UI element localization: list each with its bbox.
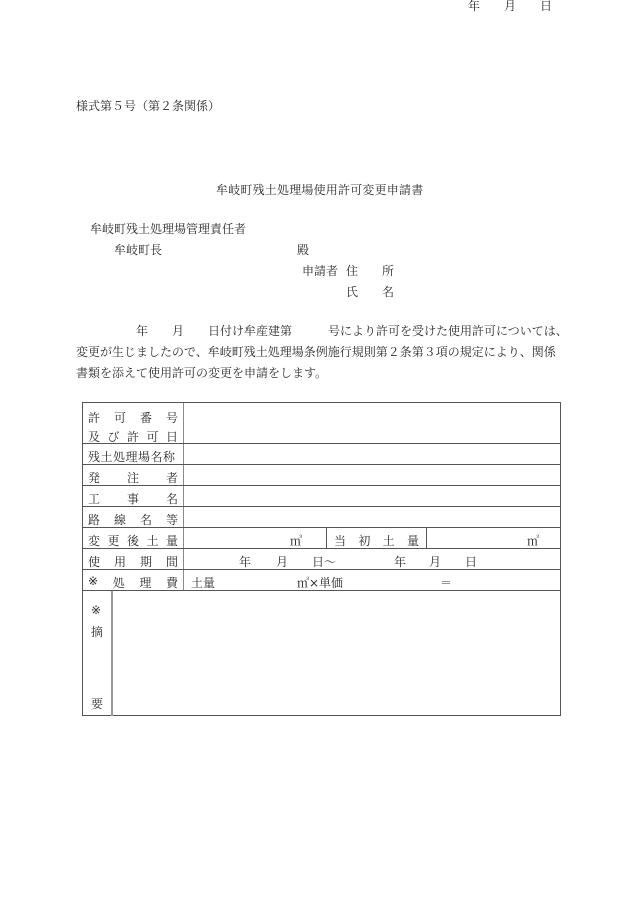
period-month-2: 月 — [429, 553, 441, 570]
table-row-site-name: 残土処理場名称 — [83, 444, 560, 465]
remarks-label: ※ 摘 要 — [83, 591, 113, 716]
label-char: 用 — [114, 553, 126, 570]
changed-volume-field[interactable]: ㎥ — [184, 528, 326, 548]
label-char: 名 — [166, 490, 178, 507]
period-day-1: 日～ — [312, 553, 336, 570]
permit-value-field[interactable] — [184, 403, 560, 443]
unit-cubic-meter-1: ㎥ — [290, 532, 302, 549]
label-char: 発 — [88, 469, 100, 486]
label-char: 許 — [88, 409, 100, 426]
label-char: 線 — [114, 511, 126, 528]
statement-line-3: 書類を添えて使用許可の変更を申請をします。 — [76, 367, 327, 379]
permit-label: 許 可 番 号 及 び 許 可 日 — [83, 403, 184, 443]
label-char: 量 — [166, 532, 178, 549]
label-char: 初 — [358, 532, 370, 549]
label-char: 工 — [88, 490, 100, 507]
label-char: 土 — [146, 532, 158, 549]
label-char: び — [107, 428, 119, 445]
label-char: 後 — [127, 532, 139, 549]
changed-volume-label: 変 更 後 土 量 — [83, 528, 184, 548]
recipient-line1: 牟岐町残土処理場管理責任者 — [90, 223, 246, 235]
statement-date-suffix: 日付け牟産建第 — [208, 325, 292, 337]
fee-equals: ＝ — [440, 574, 452, 591]
label-char: 者 — [166, 469, 178, 486]
date-month-label: 月 — [504, 0, 516, 12]
label-char: 量 — [407, 532, 419, 549]
form-number: 様式第５号（第２条関係） — [76, 100, 220, 112]
label-char: 更 — [107, 532, 119, 549]
address-label-2: 所 — [382, 265, 394, 277]
table-row-fee: ※ 処 理 費 土量 ㎥×単価 ＝ — [83, 570, 560, 591]
label-char: 注 — [127, 469, 139, 486]
table-row-permit: 許 可 番 号 及 び 許 可 日 — [83, 403, 560, 444]
name-label-2: 名 — [382, 286, 394, 298]
remarks-field[interactable] — [113, 591, 560, 716]
table-row-volume: 変 更 後 土 量 ㎥ 当 初 土 量 ㎥ — [83, 528, 560, 549]
remarks-label-char-1: 摘 — [91, 623, 103, 640]
label-text: 残土処理場名称 — [88, 448, 176, 465]
table-row-construction: 工 事 名 — [83, 486, 560, 507]
table-row-remarks: ※ 摘 要 — [83, 591, 560, 716]
route-label: 路 線 名 等 — [83, 507, 184, 527]
label-char: 等 — [166, 511, 178, 528]
period-year-1: 年 — [239, 553, 251, 570]
label-char: 及 — [88, 428, 100, 445]
label-char: 理 — [139, 574, 151, 591]
name-label-1: 氏 — [346, 286, 358, 298]
period-label: 使 用 期 間 — [83, 549, 184, 569]
label-char: 事 — [127, 490, 139, 507]
period-month-1: 月 — [276, 553, 288, 570]
label-char: 期 — [140, 553, 152, 570]
statement-line-2: 変更が生じましたので、牟岐町残土処理場条例施行規則第２条第３項の規定により、関係 — [76, 346, 556, 358]
label-char: 使 — [88, 553, 100, 570]
label-char: 間 — [166, 553, 178, 570]
application-table: 許 可 番 号 及 び 許 可 日 残土処理場名称 発 — [82, 402, 561, 716]
route-field[interactable] — [184, 507, 560, 527]
label-char: 変 — [88, 532, 100, 549]
date-day-label: 日 — [540, 0, 552, 12]
address-label-1: 住 — [346, 265, 358, 277]
table-row-client: 発 注 者 — [83, 465, 560, 486]
fee-field[interactable]: 土量 ㎥×単価 ＝ — [184, 570, 560, 590]
statement-rest: 号により許可を受けた使用許可については、 — [328, 325, 568, 337]
label-char: 処 — [113, 574, 125, 591]
applicant-label: 申請者 — [302, 265, 338, 277]
initial-volume-field[interactable]: ㎥ — [427, 528, 560, 548]
label-char: 許 — [127, 428, 139, 445]
initial-volume-label: 当 初 土 量 — [327, 528, 426, 548]
period-year-2: 年 — [394, 553, 406, 570]
client-label: 発 注 者 — [83, 465, 184, 485]
statement-month: 月 — [172, 325, 184, 337]
period-field[interactable]: 年 月 日～ 年 月 日 — [184, 549, 560, 569]
label-char: 路 — [88, 511, 100, 528]
fee-unit-price-label: ㎥×単価 — [297, 574, 343, 591]
label-char: 費 — [166, 574, 178, 591]
client-field[interactable] — [184, 465, 560, 485]
label-char: 可 — [114, 409, 126, 426]
note-mark-icon: ※ — [88, 574, 98, 591]
label-char: 号 — [166, 409, 178, 426]
construction-label: 工 事 名 — [83, 486, 184, 506]
label-char: 名 — [140, 511, 152, 528]
unit-cubic-meter-2: ㎥ — [527, 532, 539, 549]
date-year-label: 年 — [468, 0, 480, 12]
statement-year: 年 — [136, 325, 148, 337]
remarks-label-char-2: 要 — [91, 695, 103, 712]
table-row-route: 路 線 名 等 — [83, 507, 560, 528]
fee-soil-label: 土量 — [191, 574, 215, 591]
note-mark-icon: ※ — [91, 603, 101, 617]
document-title: 牟岐町残土処理場使用許可変更申請書 — [216, 184, 423, 196]
site-name-label: 残土処理場名称 — [83, 444, 184, 464]
label-char: 当 — [334, 532, 346, 549]
recipient-honorific: 殿 — [297, 244, 309, 256]
recipient-line2: 牟岐町長 — [114, 244, 162, 256]
label-char: 土 — [383, 532, 395, 549]
period-day-2: 日 — [465, 553, 477, 570]
construction-field[interactable] — [184, 486, 560, 506]
table-row-period: 使 用 期 間 年 月 日～ 年 月 日 — [83, 549, 560, 570]
fee-label: ※ 処 理 費 — [83, 570, 184, 590]
label-char: 番 — [140, 409, 152, 426]
site-name-field[interactable] — [184, 444, 560, 464]
label-char: 可 — [146, 428, 158, 445]
label-char: 日 — [166, 428, 178, 445]
